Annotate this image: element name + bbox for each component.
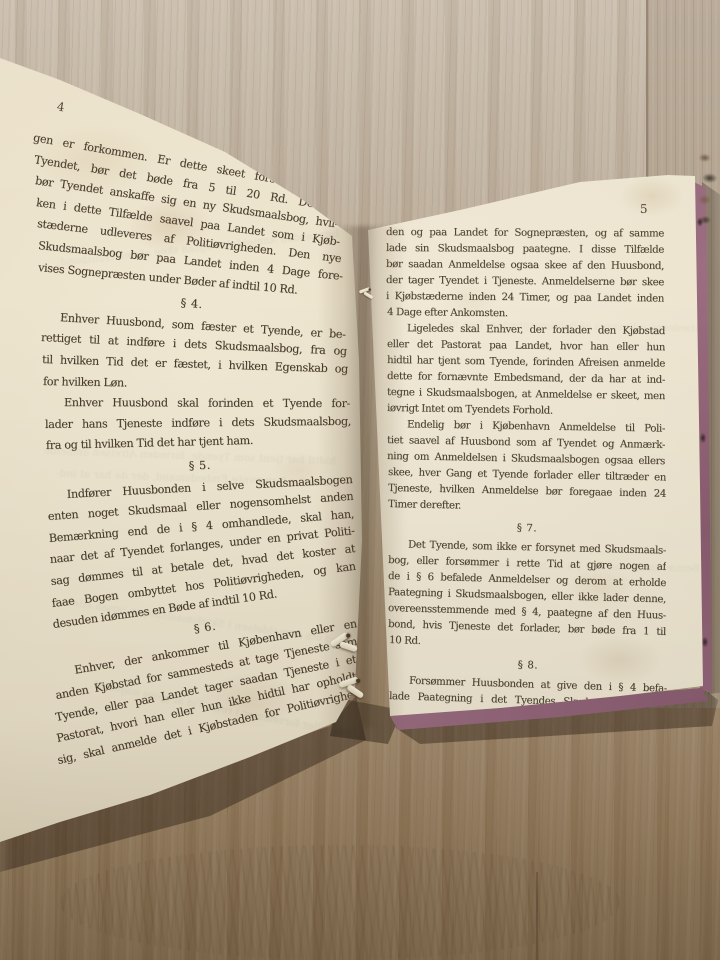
- text-line: Enhver Huusbond skal forinden et Tyende …: [44, 396, 350, 414]
- text-line: lade sin Skudsmaalsbog paategne. I disse…: [386, 242, 664, 259]
- text-line: bør saadan Anmeldelse ogsaa skee af den …: [386, 258, 664, 275]
- thread: [346, 684, 364, 699]
- text-line: der tager Tyendet i Tjeneste. Anmeldelse…: [386, 274, 664, 292]
- photo-of-open-book: 4 bør saadan Anmeldelse ogsaa skee af de…: [0, 0, 720, 960]
- thread: [339, 641, 358, 652]
- binding-stitch: [358, 286, 376, 300]
- text-line: i Kjøbstæderne inden 24 Timer, og paa La…: [386, 290, 664, 308]
- text-line: 4 Dage efter Ankomsten.: [386, 306, 664, 324]
- binding-stitch: [329, 630, 361, 655]
- stitch-hole: [368, 288, 370, 290]
- right-page-number: 5: [640, 202, 648, 216]
- stitch-hole: [356, 678, 361, 683]
- left-page-number: 4: [56, 99, 66, 114]
- book-cover-corner: [692, 145, 720, 236]
- text-line: den og paa Landet for Sognepræsten, og a…: [386, 226, 664, 243]
- text-line: lader hans Tjeneste indføre i dets Skuds…: [45, 415, 351, 435]
- stitch-hole: [346, 633, 350, 637]
- thread: [363, 291, 373, 299]
